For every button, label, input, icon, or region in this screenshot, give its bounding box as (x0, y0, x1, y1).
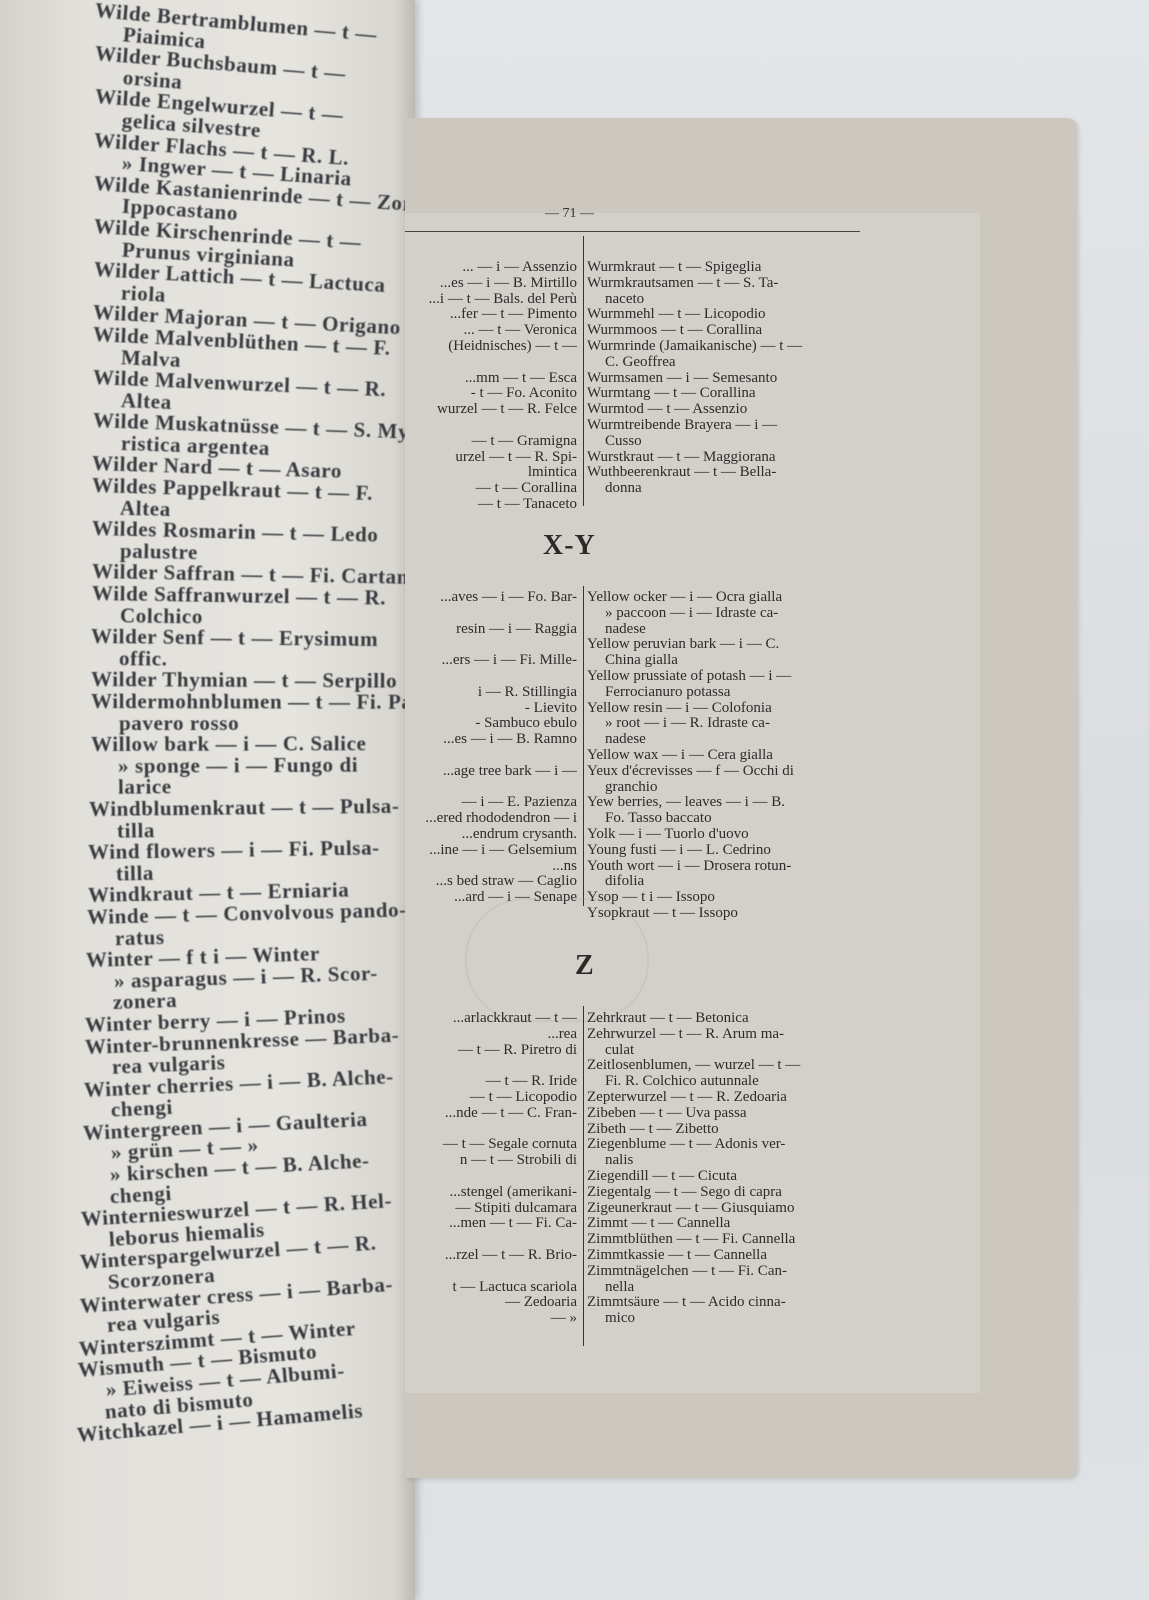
index-entry: Ziegenblume — t — Adonis ver- (587, 1137, 877, 1153)
w-section-right-column: Wurmkraut — t — SpigegliaWurmkrautsamen … (587, 260, 877, 497)
index-entry: » paccoon — i — Idraste ca- (587, 606, 877, 622)
index-entry-fragment: - t — Fo. Aconito (405, 386, 577, 402)
index-entry: Ferrocianuro potassa (587, 685, 877, 701)
index-entry-fragment: ...es — i — B. Mirtillo (405, 276, 577, 292)
right-page: — 71 — ... — i — Assenzio...es — i — B. … (405, 118, 1077, 1478)
index-entry-fragment: — t — R. Piretro di (405, 1043, 577, 1059)
index-entry: Yew berries, — leaves — i — B. (587, 795, 877, 811)
xy-section-left-column: ...aves — i — Fo. Bar- resin — i — Raggi… (405, 590, 577, 906)
index-entry: » root — i — R. Idraste ca- (587, 716, 877, 732)
index-entry: Zimmt — t — Cannella (587, 1216, 877, 1232)
index-entry-fragment: — Zedoaria (405, 1295, 577, 1311)
index-entry: Ziegentalg — t — Sego di capra (587, 1185, 877, 1201)
index-entry-fragment: ...men — t — Fi. Ca- (405, 1216, 577, 1232)
index-entry: Wurmtod — t — Assenzio (587, 402, 877, 418)
index-entry-fragment: ...mm — t — Esca (405, 371, 577, 387)
index-entry-fragment: ...i — t — Bals. del Perù (405, 292, 577, 308)
index-entry-fragment: — » (405, 1311, 577, 1327)
index-entry: Wurmtreibende Brayera — i — (587, 418, 877, 434)
index-entry-fragment (405, 1058, 577, 1074)
index-entry-fragment (405, 748, 577, 764)
index-entry-fragment (405, 1122, 577, 1138)
column-divider (583, 586, 584, 906)
index-entry-fragment: - Lievito (405, 701, 577, 717)
index-entry-fragment: ...arlackkraut — t — (405, 1011, 577, 1027)
index-entry: C. Geoffrea (587, 355, 877, 371)
index-entry-fragment: ...stengel (amerikani- (405, 1185, 577, 1201)
index-entry-fragment (405, 606, 577, 622)
index-entry: Youth wort — i — Drosera rotun- (587, 859, 877, 875)
index-entry: Ziegendill — t — Cicuta (587, 1169, 877, 1185)
index-entry: Cusso (587, 434, 877, 450)
index-entry-fragment: — t — R. Iride (405, 1074, 577, 1090)
index-entry-fragment: — t — Gramigna (405, 434, 577, 450)
index-entry: difolia (587, 874, 877, 890)
index-entry-fragment (405, 780, 577, 796)
index-entry: Yolk — i — Tuorlo d'uovo (587, 827, 877, 843)
index-entry-fragment: — i — E. Pazienza (405, 795, 577, 811)
index-entry: mico (587, 1311, 877, 1327)
left-page-entries: Wilde Bertramblumen — t —PiaimicaWilder … (72, 0, 415, 1447)
index-entry: Zimmtnägelchen — t — Fi. Can- (587, 1264, 877, 1280)
section-heading-xy: X-Y (543, 530, 596, 562)
index-entry-fragment: — t — Corallina (405, 481, 577, 497)
w-section-left-column: ... — i — Assenzio...es — i — B. Mirtill… (405, 260, 577, 513)
index-entry: Wurmmehl — t — Licopodio (587, 307, 877, 323)
index-entry-fragment (405, 1232, 577, 1248)
index-entry-fragment: ...es — i — B. Ramno (405, 732, 577, 748)
index-entry-fragment: t — Lactuca scariola (405, 1280, 577, 1296)
index-entry-fragment: - Sambuco ebulo (405, 716, 577, 732)
index-entry-fragment: ...ers — i — Fi. Mille- (405, 653, 577, 669)
page-number: — 71 — (545, 206, 594, 222)
index-entry: Zigeunerkraut — t — Giusquiamo (587, 1201, 877, 1217)
bleed-through-ornament (465, 898, 649, 1022)
index-entry-fragment (405, 355, 577, 371)
xy-section-right-column: Yellow ocker — i — Ocra gialla» paccoon … (587, 590, 877, 922)
index-entry: Wurmmoos — t — Corallina (587, 323, 877, 339)
index-entry: Wuthbeerenkraut — t — Bella- (587, 465, 877, 481)
index-entry-fragment: — t — Tanaceto (405, 497, 577, 513)
index-entry-fragment: — t — Licopodio (405, 1090, 577, 1106)
index-entry-fragment: ...endrum crysanth. (405, 827, 577, 843)
column-divider (583, 1006, 584, 1346)
index-entry-fragment: urzel — t — R. Spi- (405, 450, 577, 466)
index-entry: Zehrkraut — t — Betonica (587, 1011, 877, 1027)
index-entry: Yellow prussiate of potash — i — (587, 669, 877, 685)
index-entry: nadese (587, 732, 877, 748)
index-entry-fragment: ...rea (405, 1027, 577, 1043)
index-entry: Wurmtang — t — Corallina (587, 386, 877, 402)
index-entry: Yellow wax — i — Cera gialla (587, 748, 877, 764)
index-entry-fragment: ...ine — i — Gelsemium (405, 843, 577, 859)
index-entry-fragment (405, 1169, 577, 1185)
index-entry: Wurmrinde (Jamaikanische) — t — (587, 339, 877, 355)
index-entry: Young fusti — i — L. Cedrino (587, 843, 877, 859)
index-entry: Yellow peruvian bark — i — C. (587, 637, 877, 653)
index-entry: Zimmtkassie — t — Cannella (587, 1248, 877, 1264)
index-entry-fragment (405, 637, 577, 653)
index-entry-fragment: ... — i — Assenzio (405, 260, 577, 276)
index-entry: Yellow resin — i — Colofonia (587, 701, 877, 717)
index-entry: nella (587, 1280, 877, 1296)
index-entry: Zepterwurzel — t — R. Zedoaria (587, 1090, 877, 1106)
index-entry: Fo. Tasso baccato (587, 811, 877, 827)
header-rule (405, 231, 860, 232)
index-entry-fragment: lmintica (405, 465, 577, 481)
index-entry: Wurstkraut — t — Maggiorana (587, 450, 877, 466)
index-entry-fragment (405, 669, 577, 685)
index-entry-fragment: resin — i — Raggia (405, 622, 577, 638)
z-section-right-column: Zehrkraut — t — BetonicaZehrwurzel — t —… (587, 1011, 877, 1327)
index-entry: Zibeben — t — Uva passa (587, 1106, 877, 1122)
index-entry-fragment: — Stipiti dulcamara (405, 1201, 577, 1217)
index-entry: Yeux d'écrevisses — f — Occhi di (587, 764, 877, 780)
index-entry: Yellow ocker — i — Ocra gialla (587, 590, 877, 606)
index-entry-fragment: ...nde — t — C. Fran- (405, 1106, 577, 1122)
index-entry: donna (587, 481, 877, 497)
index-entry: culat (587, 1043, 877, 1059)
index-entry-fragment: ... — t — Veronica (405, 323, 577, 339)
index-entry-fragment: ...ered rhododendron — i (405, 811, 577, 827)
index-entry: naceto (587, 292, 877, 308)
index-entry-fragment: i — R. Stillingia (405, 685, 577, 701)
left-page: Wilde Bertramblumen — t —PiaimicaWilder … (0, 0, 415, 1600)
index-entry-fragment: ...ns (405, 859, 577, 875)
index-entry: nadese (587, 622, 877, 638)
index-entry-fragment: n — t — Strobili di (405, 1153, 577, 1169)
index-entry: Wurmkraut — t — Spigeglia (587, 260, 877, 276)
index-entry-fragment: ...age tree bark — i — (405, 764, 577, 780)
index-entry-fragment: ...fer — t — Pimento (405, 307, 577, 323)
index-entry: Zeitlosenblumen, — wurzel — t — (587, 1058, 877, 1074)
index-entry-fragment: ...rzel — t — R. Brio- (405, 1248, 577, 1264)
index-entry-fragment: ...s bed straw — Caglio (405, 874, 577, 890)
index-entry-fragment: wurzel — t — R. Felce (405, 402, 577, 418)
index-entry: Wurmkrautsamen — t — S. Ta- (587, 276, 877, 292)
index-entry-fragment (405, 1264, 577, 1280)
index-entry-fragment: ...aves — i — Fo. Bar- (405, 590, 577, 606)
index-entry: Fi. R. Colchico autunnale (587, 1074, 877, 1090)
index-entry: granchio (587, 780, 877, 796)
z-section-left-column: ...arlackkraut — t —...rea— t — R. Piret… (405, 1011, 577, 1327)
index-entry: Zimmtsäure — t — Acido cinna- (587, 1295, 877, 1311)
index-entry: Ysop — t i — Issopo (587, 890, 877, 906)
index-entry: Zibeth — t — Zibetto (587, 1122, 877, 1138)
column-divider (583, 236, 584, 506)
index-entry: China gialla (587, 653, 877, 669)
index-entry-fragment (405, 418, 577, 434)
section-heading-z: Z (575, 950, 595, 982)
index-entry: Zehrwurzel — t — R. Arum ma- (587, 1027, 877, 1043)
index-entry: nalis (587, 1153, 877, 1169)
index-entry-fragment: — t — Segale cornuta (405, 1137, 577, 1153)
index-entry-fragment: (Heidnisches) — t — (405, 339, 577, 355)
index-entry: Zimmtblüthen — t — Fi. Cannella (587, 1232, 877, 1248)
index-entry: Wurmsamen — i — Semesanto (587, 371, 877, 387)
